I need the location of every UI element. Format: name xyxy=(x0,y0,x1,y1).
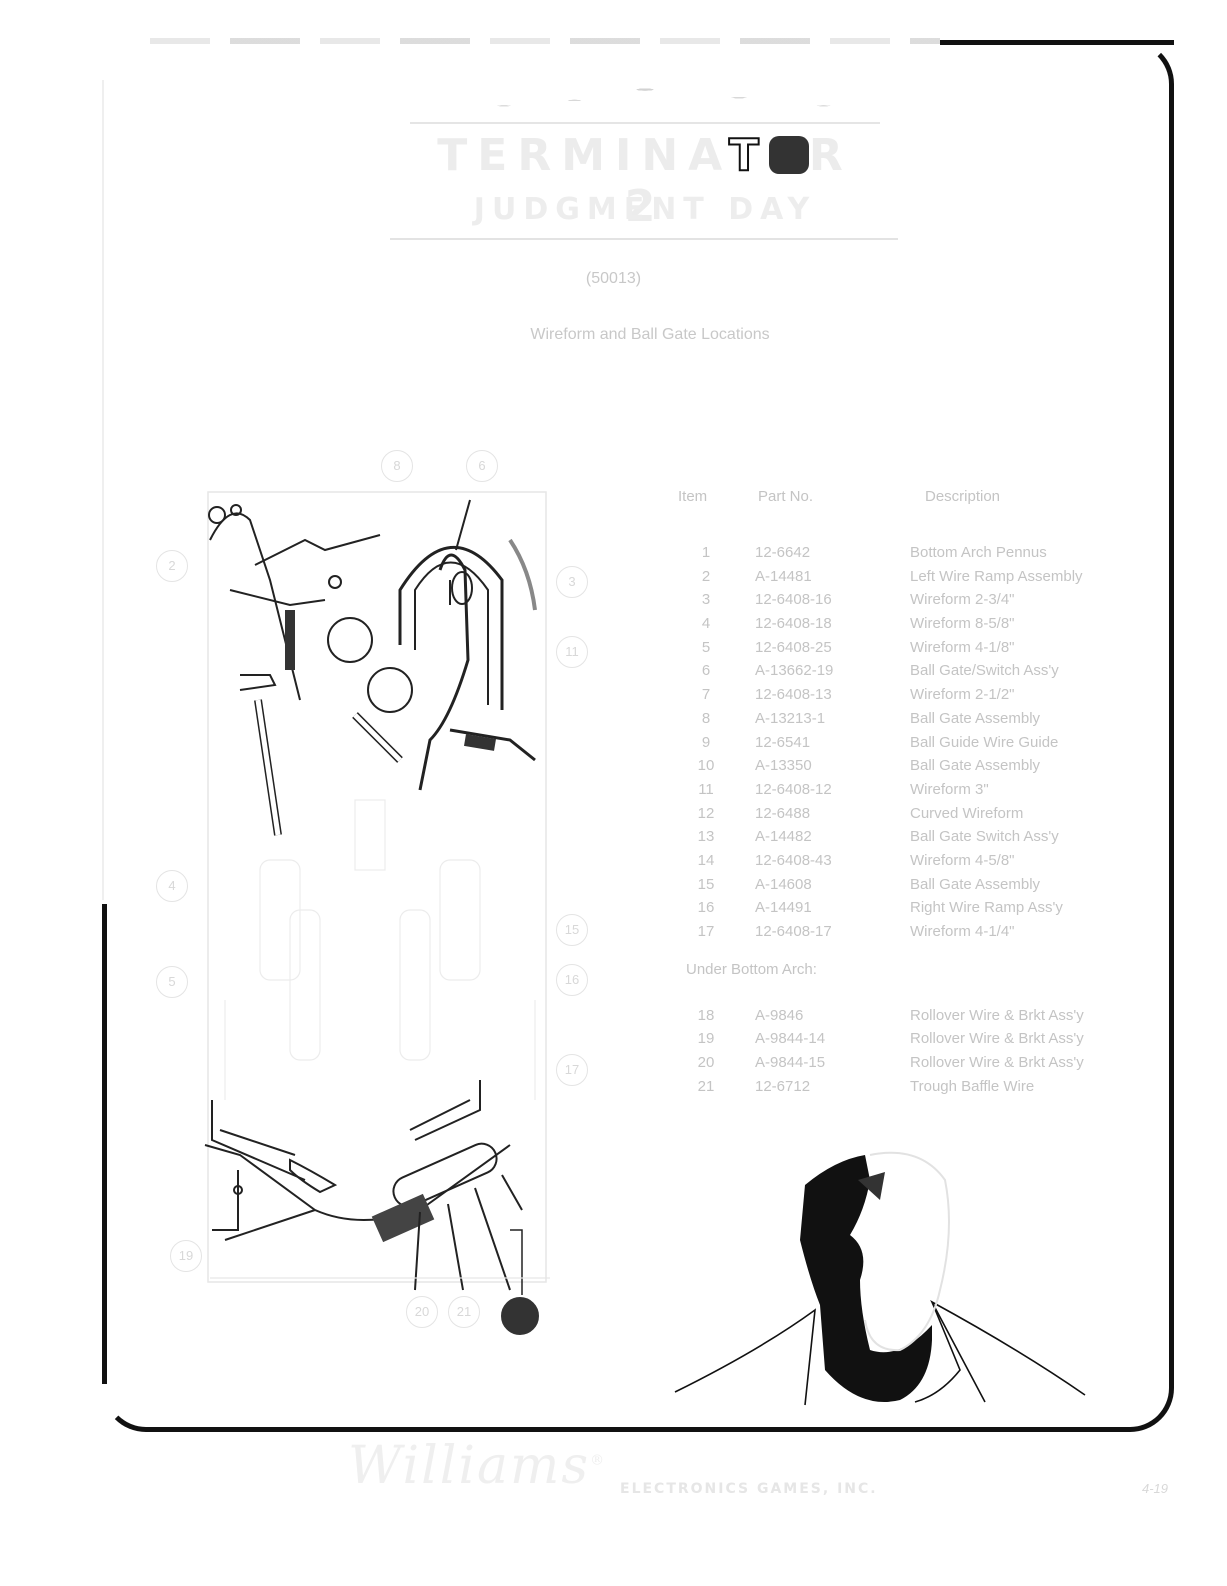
part-number: 12-6408-12 xyxy=(755,781,905,798)
item-number: 14 xyxy=(686,852,726,869)
part-number: A-14491 xyxy=(755,899,905,916)
item-number: 11 xyxy=(686,781,726,798)
table-row: 15A-14608Ball Gate Assembly xyxy=(660,876,1160,900)
table-row: 20A-9844-15Rollover Wire & Brkt Ass'y xyxy=(660,1054,1160,1078)
item-number: 13 xyxy=(686,828,726,845)
item-number: 1 xyxy=(686,544,726,561)
callout-17: 17 xyxy=(556,1054,588,1086)
portrait-drawing xyxy=(660,1120,1100,1410)
part-description: Wireform 8-5/8" xyxy=(910,615,1170,632)
parts-table-body: 112-6642Bottom Arch Pennus2A-14481Left W… xyxy=(660,544,1160,947)
page-number: 4-19 xyxy=(1142,1481,1168,1496)
part-description: Rollover Wire & Brkt Ass'y xyxy=(910,1007,1170,1024)
item-number: 18 xyxy=(686,1007,726,1024)
part-description: Rollover Wire & Brkt Ass'y xyxy=(910,1054,1170,1071)
part-number: 12-6408-16 xyxy=(755,591,905,608)
part-description: Ball Gate Assembly xyxy=(910,710,1170,727)
document-title: Wireform and Ball Gate Locations xyxy=(0,326,1227,344)
williams-logo: Williams® xyxy=(348,1436,606,1496)
callout-6: 6 xyxy=(466,450,498,482)
part-description: Wireform 2-1/2" xyxy=(910,686,1170,703)
logo-crowd-artwork xyxy=(410,68,880,124)
item-number: 5 xyxy=(686,639,726,656)
callout-2: 2 xyxy=(156,550,188,582)
table-row: 512-6408-25Wireform 4-1/8" xyxy=(660,639,1160,663)
callout-8: 8 xyxy=(381,450,413,482)
part-number: A-9844-14 xyxy=(755,1030,905,1047)
item-number: 20 xyxy=(686,1054,726,1071)
column-header-description: Description xyxy=(925,488,1185,505)
part-description: Trough Baffle Wire xyxy=(910,1078,1170,1095)
callout-20: 20 xyxy=(406,1296,438,1328)
table-row: 2112-6712Trough Baffle Wire xyxy=(660,1078,1160,1102)
parts-table: Item Part No. Description 112-6642Bottom… xyxy=(660,488,1160,1101)
part-description: Ball Gate Assembly xyxy=(910,876,1170,893)
callout-16: 16 xyxy=(556,964,588,996)
part-description: Wireform 4-1/8" xyxy=(910,639,1170,656)
table-row: 19A-9844-14Rollover Wire & Brkt Ass'y xyxy=(660,1030,1160,1054)
callout-3: 3 xyxy=(556,566,588,598)
callout-15: 15 xyxy=(556,914,588,946)
item-number: 9 xyxy=(686,734,726,751)
part-description: Wireform 4-1/4" xyxy=(910,923,1170,940)
table-row: 18A-9846Rollover Wire & Brkt Ass'y xyxy=(660,1007,1160,1031)
table-row: 16A-14491Right Wire Ramp Ass'y xyxy=(660,899,1160,923)
table-row: 1212-6488Curved Wireform xyxy=(660,805,1160,829)
callout-19: 19 xyxy=(170,1240,202,1272)
callout-21: 21 xyxy=(448,1296,480,1328)
parts-table-header: Item Part No. Description xyxy=(660,488,1160,544)
item-number: 21 xyxy=(686,1078,726,1095)
playfield-drawing xyxy=(150,440,610,1340)
parts-table-section-body: 18A-9846Rollover Wire & Brkt Ass'y19A-98… xyxy=(660,1007,1160,1102)
callout-4: 4 xyxy=(156,870,188,902)
item-number: 15 xyxy=(686,876,726,893)
table-row: 112-6642Bottom Arch Pennus xyxy=(660,544,1160,568)
playfield-diagram: 8 6 2 3 11 4 15 5 16 17 19 20 21 xyxy=(150,440,610,1340)
part-number: 12-6408-43 xyxy=(755,852,905,869)
logo-skull-o-icon xyxy=(769,136,809,174)
item-number: 10 xyxy=(686,757,726,774)
table-row: 8A-13213-1Ball Gate Assembly xyxy=(660,710,1160,734)
document-number: (50013) xyxy=(0,270,1227,288)
item-number: 7 xyxy=(686,686,726,703)
part-description: Rollover Wire & Brkt Ass'y xyxy=(910,1030,1170,1047)
game-logo: TERMINATR 2 JUDGMENT DAY xyxy=(390,68,898,246)
table-row: 13A-14482Ball Gate Switch Ass'y xyxy=(660,828,1160,852)
part-description: Wireform 2-3/4" xyxy=(910,591,1170,608)
part-description: Wireform 3" xyxy=(910,781,1170,798)
item-number: 6 xyxy=(686,662,726,679)
part-description: Ball Guide Wire Guide xyxy=(910,734,1170,751)
callout-11: 11 xyxy=(556,636,588,668)
logo-rule xyxy=(390,238,898,240)
part-number: A-14481 xyxy=(755,568,905,585)
part-number: A-13662-19 xyxy=(755,662,905,679)
item-number: 12 xyxy=(686,805,726,822)
part-description: Ball Gate/Switch Ass'y xyxy=(910,662,1170,679)
part-number: A-9844-15 xyxy=(755,1054,905,1071)
terminator-portrait-illustration xyxy=(660,1120,1100,1410)
part-number: 12-6488 xyxy=(755,805,905,822)
part-description: Right Wire Ramp Ass'y xyxy=(910,899,1170,916)
table-row: 1712-6408-17Wireform 4-1/4" xyxy=(660,923,1160,947)
company-name: ELECTRONICS GAMES, INC. xyxy=(620,1481,878,1497)
part-number: A-14482 xyxy=(755,828,905,845)
part-number: 12-6408-18 xyxy=(755,615,905,632)
table-row: 1412-6408-43Wireform 4-5/8" xyxy=(660,852,1160,876)
part-number: A-13350 xyxy=(755,757,905,774)
part-description: Bottom Arch Pennus xyxy=(910,544,1170,561)
part-number: 12-6712 xyxy=(755,1078,905,1095)
part-number: 12-6408-25 xyxy=(755,639,905,656)
item-number: 4 xyxy=(686,615,726,632)
logo-title-highlight: T xyxy=(729,130,769,181)
logo-subtitle: JUDGMENT DAY xyxy=(450,192,840,227)
part-number: 12-6541 xyxy=(755,734,905,751)
part-number: 12-6642 xyxy=(755,544,905,561)
frame-left-edge xyxy=(102,904,107,1384)
part-number: A-9846 xyxy=(755,1007,905,1024)
part-description: Left Wire Ramp Assembly xyxy=(910,568,1170,585)
part-number: A-14608 xyxy=(755,876,905,893)
section-label-under-bottom-arch: Under Bottom Arch: xyxy=(686,947,1186,1007)
part-description: Curved Wireform xyxy=(910,805,1170,822)
item-number: 17 xyxy=(686,923,726,940)
part-number: A-13213-1 xyxy=(755,710,905,727)
item-number: 16 xyxy=(686,899,726,916)
table-row: 2A-14481Left Wire Ramp Assembly xyxy=(660,568,1160,592)
table-row: 412-6408-18Wireform 8-5/8" xyxy=(660,615,1160,639)
table-row: 312-6408-16Wireform 2-3/4" xyxy=(660,591,1160,615)
part-number: 12-6408-17 xyxy=(755,923,905,940)
part-number: 12-6408-13 xyxy=(755,686,905,703)
callout-5: 5 xyxy=(156,966,188,998)
item-number: 19 xyxy=(686,1030,726,1047)
table-row: 712-6408-13Wireform 2-1/2" xyxy=(660,686,1160,710)
table-row: 912-6541Ball Guide Wire Guide xyxy=(660,734,1160,758)
item-number: 8 xyxy=(686,710,726,727)
part-description: Wireform 4-5/8" xyxy=(910,852,1170,869)
table-row: 1112-6408-12Wireform 3" xyxy=(660,781,1160,805)
table-row: 10A-13350Ball Gate Assembly xyxy=(660,757,1160,781)
column-header-item: Item xyxy=(678,488,738,505)
part-description: Ball Gate Assembly xyxy=(910,757,1170,774)
column-header-part-no: Part No. xyxy=(758,488,908,505)
item-number: 3 xyxy=(686,591,726,608)
table-row: 6A-13662-19Ball Gate/Switch Ass'y xyxy=(660,662,1160,686)
item-number: 2 xyxy=(686,568,726,585)
part-description: Ball Gate Switch Ass'y xyxy=(910,828,1170,845)
